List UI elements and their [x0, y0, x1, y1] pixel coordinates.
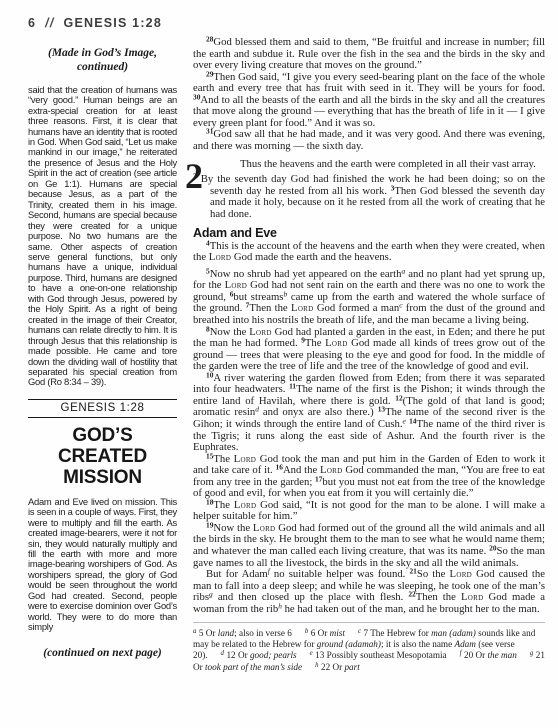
- italic-text: mist: [330, 628, 345, 638]
- footnote-marker: h: [278, 601, 282, 610]
- article-title-line1: GOD’S CREATED: [28, 425, 177, 468]
- verse-paragraph: 8Now the Lord God had planted a garden i…: [193, 327, 545, 373]
- verse-number: 12: [395, 393, 402, 402]
- footnote: a5 Or land; also in verse 6: [193, 628, 292, 638]
- footnote-letter: d: [221, 650, 224, 657]
- verse-number: 20: [489, 544, 496, 553]
- verse-paragraph: 28God blessed them and said to them, “Be…: [193, 37, 545, 72]
- verse-number: 28: [206, 35, 213, 44]
- footnote: e13 Possibly southeast Mesopotamia: [310, 650, 447, 660]
- continued-heading-line2: continued): [28, 60, 177, 74]
- footnote-divider: [193, 622, 545, 623]
- scripture-passages: 28God blessed them and said to them, “Be…: [193, 37, 545, 615]
- footnote: b6 Or mist: [305, 628, 345, 638]
- italic-text: land: [218, 628, 234, 638]
- italic-text: took part of the man’s side: [205, 662, 302, 672]
- verse-number: 11: [289, 382, 296, 391]
- divine-name-smallcaps: Lord: [225, 279, 248, 291]
- chapter-lead-line: Thus the heavens and the earth were comp…: [193, 159, 545, 171]
- continued-footer: (continued on next page): [28, 646, 177, 660]
- verse-paragraph: 10A river watering the garden flowed fro…: [193, 373, 545, 454]
- passage-heading: Adam and Eve: [193, 228, 545, 240]
- verse-number: 13: [378, 405, 385, 414]
- rule-bottom: [28, 417, 177, 418]
- divine-name-smallcaps: Lord: [450, 568, 473, 580]
- divine-name-smallcaps: Lord: [291, 302, 314, 314]
- header-book-reference: GENESIS 1:28: [64, 16, 162, 30]
- continued-heading-line1: (Made in God’s Image,: [28, 46, 177, 60]
- footnote-letter: h: [315, 662, 318, 669]
- verse-paragraph: 5Now no shrub had yet appeared on the ea…: [193, 269, 545, 327]
- footnote-letter: e: [310, 650, 313, 657]
- page-number: 6: [28, 16, 36, 30]
- italic-text: Adam: [454, 639, 475, 649]
- scanned-page: { "header": { "page_number": "6", "separ…: [0, 0, 558, 728]
- divine-name-smallcaps: Lord: [234, 499, 257, 511]
- verse-paragraph: 2 By the seventh day God had finished th…: [193, 174, 545, 220]
- italic-text: ground (adamah): [317, 639, 381, 649]
- divine-name-smallcaps: Lord: [209, 251, 232, 263]
- divine-name-smallcaps: Lord: [461, 591, 484, 603]
- italic-text: part: [344, 662, 359, 672]
- section-reference-box: GENESIS 1:28: [28, 399, 177, 418]
- verse-number: 31: [206, 127, 213, 136]
- footnote-marker: e: [403, 417, 406, 426]
- footnote-letter: g: [530, 650, 533, 657]
- verse-paragraph: 18The Lord God said, “It is not good for…: [193, 500, 545, 523]
- verse-paragraph: 15The Lord God took the man and put him …: [193, 454, 545, 500]
- verse-number: 8: [206, 324, 210, 333]
- study-note-paragraph-1: said that the creation of humans was “ve…: [28, 85, 177, 388]
- verse-number: 16: [276, 463, 283, 472]
- verse-number: 9: [301, 336, 305, 345]
- divine-name-smallcaps: Lord: [249, 326, 272, 338]
- article-title: GOD’S CREATED MISSION: [28, 425, 177, 489]
- verse-number: 18: [206, 497, 213, 506]
- verse-number: 3: [391, 183, 395, 192]
- italic-text: the man: [487, 650, 516, 660]
- continued-article-heading: (Made in God’s Image, continued): [28, 46, 177, 75]
- verse-number: 17: [315, 474, 322, 483]
- verse-number: 30: [193, 92, 200, 101]
- header-separator: //: [45, 16, 54, 30]
- section-reference-label: GENESIS 1:28: [28, 400, 177, 417]
- footnote-letter: c: [358, 628, 361, 635]
- study-notes-column: (Made in God’s Image, continued) said th…: [28, 46, 177, 660]
- verse-paragraph: 19Now the Lord God had formed out of the…: [193, 523, 545, 569]
- verse-number: 15: [206, 451, 213, 460]
- footnote-marker: b: [283, 290, 287, 299]
- chapter-opening: 2Thus the heavens and the earth were com…: [193, 159, 545, 171]
- divine-name-smallcaps: Lord: [320, 464, 343, 476]
- article-title-line2: MISSION: [28, 467, 177, 488]
- italic-text: man (adam): [431, 628, 476, 638]
- verse-number: 21: [409, 567, 416, 576]
- verse-paragraph: 31God saw all that he had made, and it w…: [193, 129, 545, 152]
- chapter-number-dropcap: 2: [185, 159, 203, 193]
- footnote: d12 Or good; pearls: [221, 650, 297, 660]
- divine-name-smallcaps: Lord: [325, 337, 348, 349]
- verse-number: 19: [206, 520, 213, 529]
- divine-name-smallcaps: Lord: [253, 522, 276, 534]
- footnote-letter: b: [305, 628, 308, 635]
- footnote-marker: f: [268, 567, 270, 576]
- verse-number: 10: [206, 370, 213, 379]
- footnote: h22 Or part: [315, 662, 360, 672]
- footnote-marker: g: [209, 590, 213, 599]
- verse-paragraph: But for Adamf no suitable helper was fou…: [193, 569, 545, 615]
- scripture-column: 28God blessed them and said to them, “Be…: [193, 37, 545, 672]
- divine-name-smallcaps: Lord: [234, 453, 257, 465]
- verse-number: 29: [206, 69, 213, 78]
- footnote-letter: f: [460, 650, 462, 657]
- study-note-paragraph-2: Adam and Eve lived on mission. This is s…: [28, 497, 177, 633]
- verse-number: 6: [230, 290, 234, 299]
- verse-number: 14: [409, 417, 416, 426]
- verse-number: 5: [206, 266, 210, 275]
- verse-number: 7: [246, 301, 250, 310]
- running-head: 6//GENESIS 1:28: [28, 16, 162, 30]
- footnotes: a5 Or land; also in verse 6b6 Or mistc7 …: [193, 627, 545, 672]
- italic-text: good; pearls: [250, 650, 297, 660]
- verse-paragraph: 4This is the account of the heavens and …: [193, 241, 545, 264]
- verse-number: 4: [206, 238, 210, 247]
- footnote-marker: a: [402, 266, 406, 275]
- footnote-marker: d: [255, 405, 259, 414]
- verse-number: 22: [408, 590, 415, 599]
- footnote-letter: a: [193, 628, 196, 635]
- footnote: f20 Or the man: [460, 650, 517, 660]
- verse-paragraph: 29Then God said, “I give you every seed-…: [193, 72, 545, 130]
- footnote-marker: c: [399, 301, 402, 310]
